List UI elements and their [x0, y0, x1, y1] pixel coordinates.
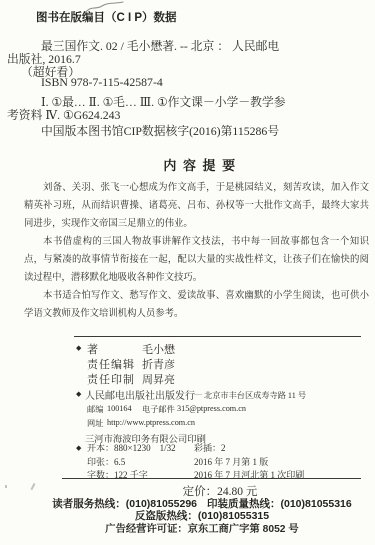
- website-label: 网址: [87, 418, 103, 429]
- diamond-bullet-icon: ◆: [76, 390, 81, 398]
- publisher-name: 人民邮电出版社出版发行: [85, 387, 195, 402]
- horizontal-rule-top: [74, 336, 361, 337]
- spec-sheets-line: 印张：6.5: [87, 455, 125, 468]
- diamond-bullet-icon: ◆: [76, 444, 81, 452]
- content-summary-body: 刘备、关羽、张飞一心想成为作文高手，于是桃园结义，刻苦攻读，加入作文精英补习班，…: [24, 179, 369, 323]
- content-summary-heading: 内 容 提 要: [25, 155, 375, 174]
- summary-paragraph: 本书借虚构的三国人物故事讲解作文技法，书中每一回故事都包含一个知识点，与紧凑的故…: [24, 233, 369, 287]
- credit-label: 责任编辑: [87, 356, 135, 372]
- summary-paragraph: 本书适合怕写作文、愁写作文、爱读故事、喜欢幽默的小学生阅读，也可供小学语文教师及…: [24, 287, 369, 323]
- publisher-address: 北京市丰台区成寿寺路 11 号: [204, 390, 306, 401]
- spec-color-insert-line: 彩插：2: [194, 441, 226, 454]
- advertising-license-line: 广告经营许可证：京东工商广字第 8052 号: [29, 520, 375, 535]
- credit-value-printing-supervisor: 周昇亮: [142, 371, 175, 387]
- cip-data-heading: 图书在版编目（C I P）数据: [36, 9, 177, 25]
- spec-format-line: 开本：880×1230 1/32: [87, 441, 176, 454]
- cip-registry-line: 中国版本图书馆CIP数据核字(2016)第115286号: [41, 122, 279, 139]
- postcode-label: 邮编: [87, 404, 103, 415]
- spec-edition-line: 2016 年 7 月第 1 版: [194, 455, 268, 468]
- book-copyright-page: 图书在版编目（C I P）数据 最三国作文. 02 / 毛小懋著. -- 北京 …: [0, 0, 375, 545]
- summary-paragraph: 刘备、关羽、张飞一心想成为作文高手，于是桃园结义，刻苦攻读，加入作文精英补习班，…: [24, 179, 369, 233]
- email-value: 315@ptpress.com.cn: [177, 404, 246, 413]
- credit-label: 责任印制: [87, 371, 135, 387]
- credit-value-editor: 折青彦: [142, 356, 175, 372]
- diamond-bullet-icon: ◆: [76, 344, 81, 352]
- postcode-value: 100164: [107, 404, 132, 413]
- credit-label: 著: [87, 341, 99, 357]
- scan-artifact-mark: [5, 485, 7, 488]
- dash-mark: —: [194, 389, 202, 398]
- cip-classification-line-2: 考资料 Ⅳ. ①G624.243: [7, 106, 120, 123]
- credit-value-author: 毛小懋: [142, 341, 175, 357]
- cip-isbn-line: ISBN 978-7-115-42587-4: [41, 75, 163, 90]
- website-value: http://www.ptpress.com.cn: [107, 418, 195, 427]
- scan-artifact-mark: [30, 483, 35, 490]
- horizontal-rule-bottom: [62, 478, 361, 479]
- email-label: 电子邮件: [142, 404, 175, 415]
